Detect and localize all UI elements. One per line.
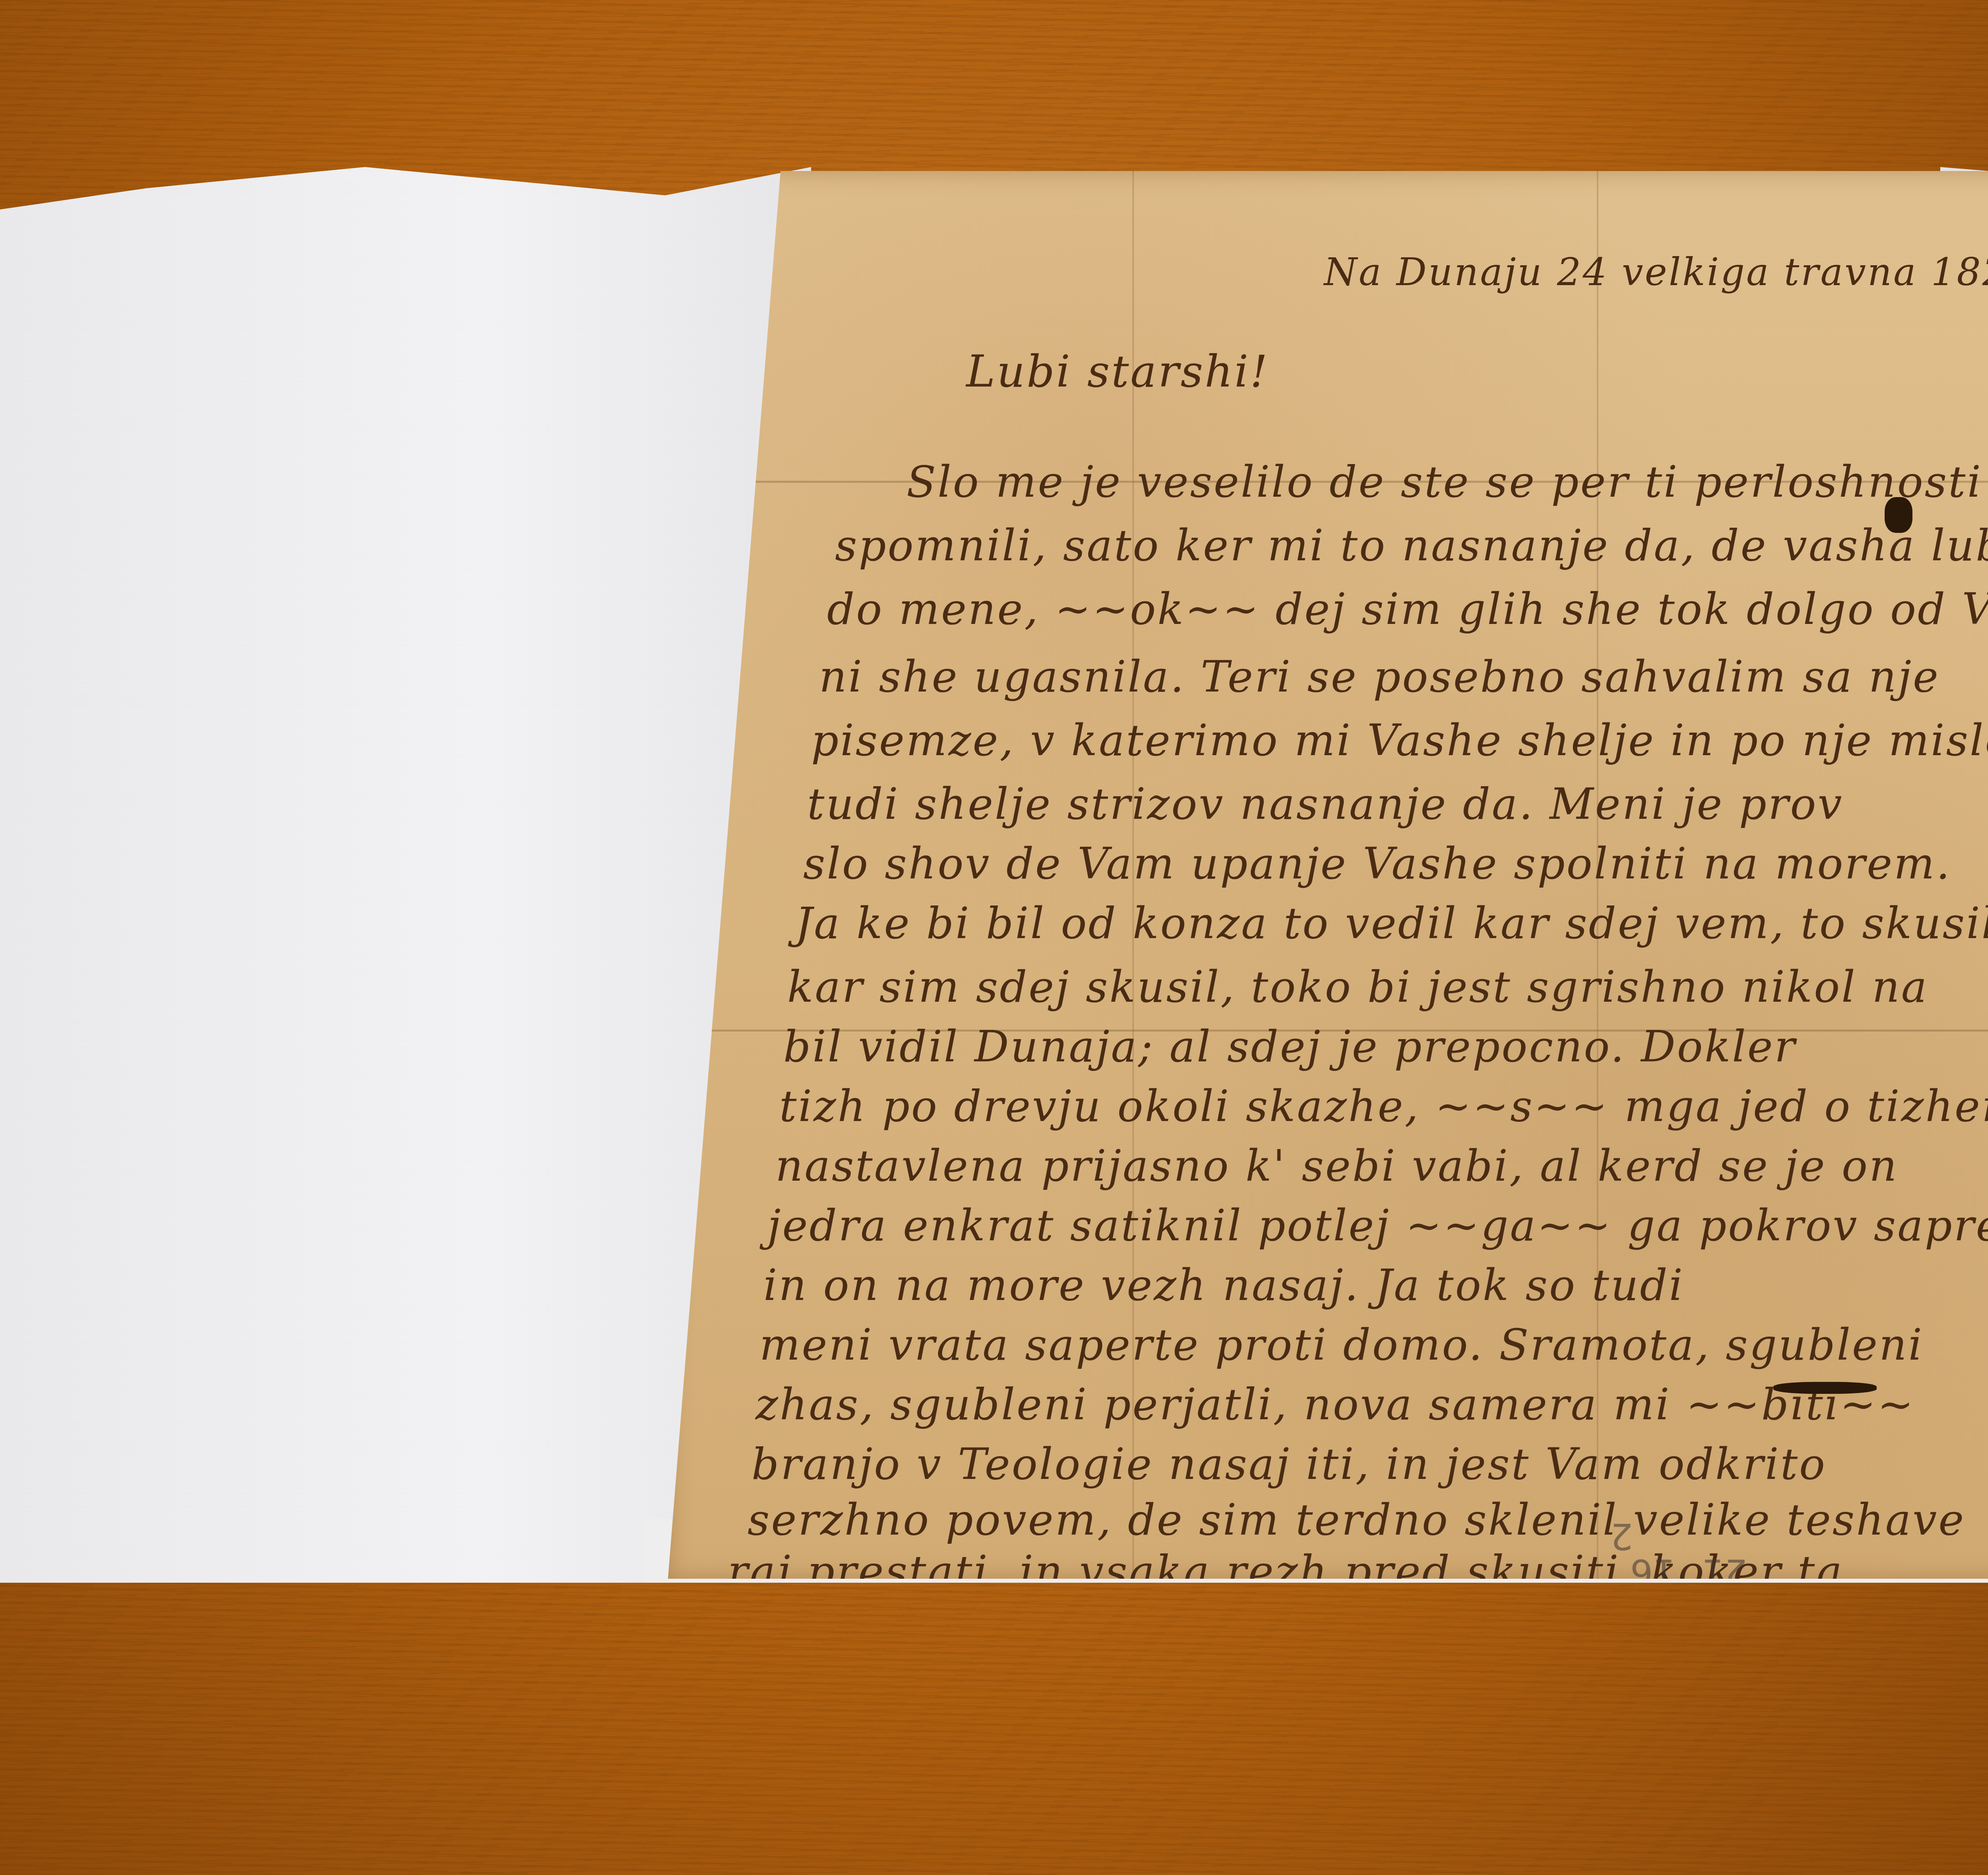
letter-salutation: Lubi starshi! bbox=[966, 346, 1269, 397]
letter-line: spomnili, sato ker mi to nasnanje da, de… bbox=[835, 521, 1988, 571]
letter-line: meni vrata saperte proti domo. Sramota, … bbox=[759, 1320, 1924, 1370]
pencil-archive-mark: 16 bbox=[1630, 1551, 1676, 1593]
letter-line: nastavlena prijasno k' sebi vabi, al ker… bbox=[775, 1141, 1899, 1191]
handwritten-letter: Na Dunaju 24 velkiga travna 1824. Lubi s… bbox=[668, 171, 1988, 1579]
letter-line: in on na more vezh nasaj. Ja tok so tudi bbox=[763, 1261, 1684, 1310]
letter-line: kar sim sdej skusil, toko bi jest sgrish… bbox=[787, 962, 1928, 1012]
letter-line: do mene, ~~ok~~ dej sim glih she tok dol… bbox=[827, 585, 1988, 634]
letter-line: Slo me je veselilo de ste se per ti perl… bbox=[907, 457, 1988, 507]
pencil-archive-mark: 10 bbox=[1789, 1587, 1835, 1628]
letter-line: bil vidil Dunaja; al sdej je prepосno. D… bbox=[783, 1022, 1796, 1072]
letter-line: jedra enkrat satiknil potlej ~~ga~~ ga p… bbox=[767, 1201, 1988, 1251]
letter-dateline: Na Dunaju 24 velkiga travna 1824. bbox=[1324, 251, 1988, 294]
letter-line: zhas, sgubleni perjatli, nova samera mi … bbox=[755, 1380, 1915, 1430]
letter-line: tizh po drevju okoli skazhe, ~~s~~ mga j… bbox=[779, 1082, 1988, 1131]
letter-line: branjo v Teologie nasaj iti, in jest Vam… bbox=[751, 1440, 1827, 1489]
letter-line: pisemze, v katerimo mi Vashe shelje in p… bbox=[811, 716, 1988, 766]
letter-line: tudi shelje strizov nasnanje da. Meni je… bbox=[807, 779, 1844, 829]
letter-line: raj prestati, in vsaka rezh pred skusiti… bbox=[728, 1547, 1844, 1597]
letter-line: slo shov de Vam upanje Vashe spolniti na… bbox=[803, 839, 1951, 889]
letter-line: Ja ke bi bil od konza to vedil kar sdej … bbox=[795, 899, 1988, 948]
pencil-archive-mark: 2 bbox=[1610, 1515, 1633, 1557]
letter-line: serzhno povem, de sim terdno sklenil vel… bbox=[747, 1495, 1965, 1545]
ink-blot bbox=[1885, 497, 1912, 533]
pencil-archive-mark: 21 bbox=[1702, 1551, 1747, 1593]
ink-strikethrough bbox=[1773, 1382, 1877, 1394]
letter-line: ni she ugasnila. Teri se posebno sahvali… bbox=[819, 652, 1940, 702]
pencil-archive-mark: 31 bbox=[1702, 1587, 1747, 1628]
